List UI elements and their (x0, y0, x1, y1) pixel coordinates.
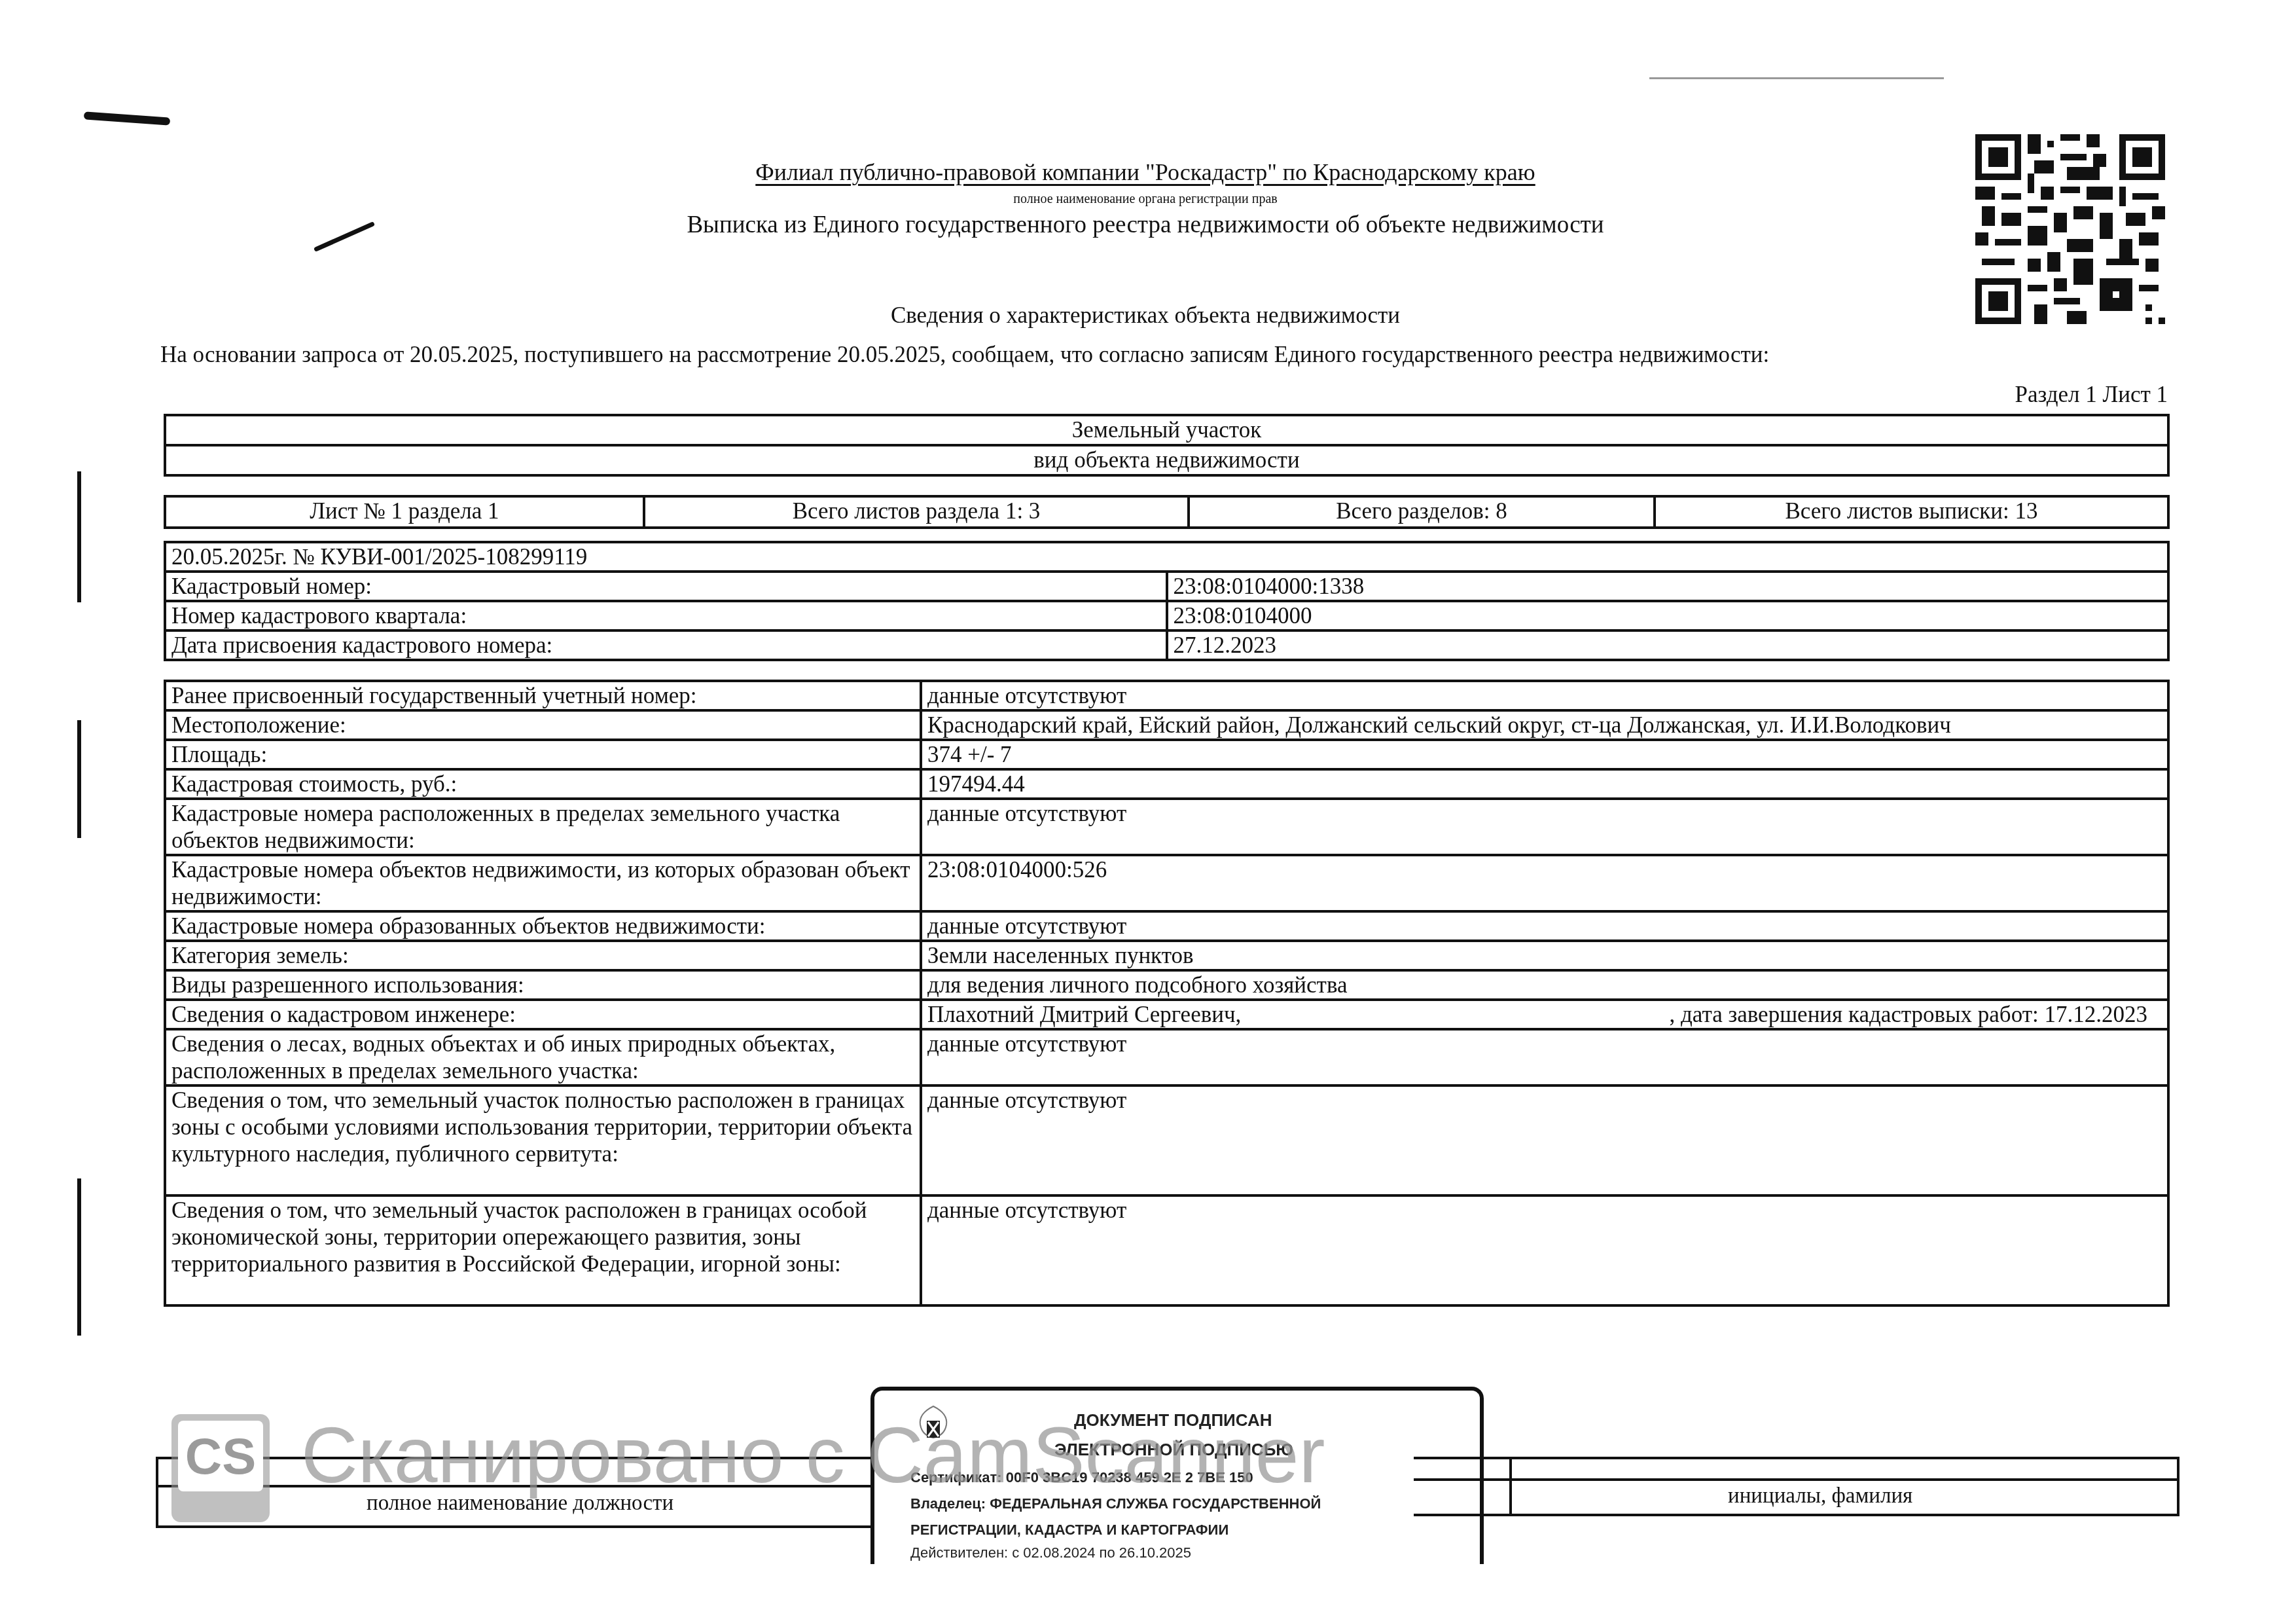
total-sheets: Всего листов выписки: 13 (1655, 496, 2168, 528)
organization-caption: полное наименование органа регистрации п… (589, 192, 1702, 207)
qr-code-icon (1967, 134, 2173, 324)
row-label: Кадастровый номер: (165, 572, 1167, 601)
signature-line (1414, 1478, 2179, 1481)
row-value: 23:08:0104000:526 (921, 855, 2168, 911)
table-row: Сведения о том, что земельный участок по… (165, 1085, 2168, 1195)
engineer-name: Плахотний Дмитрий Сергеевич, (927, 1002, 1241, 1027)
row-label: Категория земель: (165, 941, 921, 970)
cadastral-works-date: , дата завершения кадастровых работ: 17.… (1669, 1001, 2147, 1028)
row-value: 197494.44 (921, 769, 2168, 799)
scan-artifact (314, 221, 375, 252)
table-row: Площадь:374 +/- 7 (165, 740, 2168, 769)
row-label: Виды разрешенного использования: (165, 970, 921, 1000)
intro-text: На основании запроса от 20.05.2025, пост… (160, 342, 1769, 368)
row-value: 374 +/- 7 (921, 740, 2168, 769)
scan-artifact (77, 1178, 81, 1336)
property-table: Ранее присвоенный государственный учетны… (164, 680, 2170, 1307)
section-title: Сведения о характеристиках объекта недви… (655, 302, 1636, 329)
row-value: данные отсутствуют (921, 1029, 2168, 1085)
sheets-in-section: Всего листов раздела 1: 3 (644, 496, 1189, 528)
table-row: Кадастровые номера расположенных в преде… (165, 799, 2168, 855)
row-label: Дата присвоения кадастрового номера: (165, 630, 1167, 660)
scan-artifact (84, 111, 171, 125)
table-row: Номер кадастрового квартала: 23:08:01040… (165, 601, 2168, 630)
signature-border (2177, 1457, 2179, 1516)
organization-name: Филиал публично-правовой компании "Роска… (589, 158, 1702, 186)
row-label: Кадастровые номера образованных объектов… (165, 911, 921, 941)
table-row: Виды разрешенного использования:для веде… (165, 970, 2168, 1000)
table-row: Сведения о том, что земельный участок ра… (165, 1195, 2168, 1305)
table-row: Ранее присвоенный государственный учетны… (165, 681, 2168, 710)
signature-border (156, 1457, 158, 1528)
row-value: данные отсутствуют (921, 1195, 2168, 1305)
table-row: Сведения о кадастровом инженере: Плахотн… (165, 1000, 2168, 1029)
row-label: Кадастровая стоимость, руб.: (165, 769, 921, 799)
row-label: Кадастровые номера объектов недвижимости… (165, 855, 921, 911)
object-type-caption: вид объекта недвижимости (165, 445, 2168, 475)
table-row: Кадастровые номера объектов недвижимости… (165, 855, 2168, 911)
row-label: Площадь: (165, 740, 921, 769)
row-label: Ранее присвоенный государственный учетны… (165, 681, 921, 710)
row-label: Номер кадастрового квартала: (165, 601, 1167, 630)
row-value: Земли населенных пунктов (921, 941, 2168, 970)
object-type: Земельный участок (165, 415, 2168, 445)
row-value: данные отсутствуют (921, 911, 2168, 941)
table-row: Дата присвоения кадастрового номера: 27.… (165, 630, 2168, 660)
page-reference: Раздел 1 Лист 1 (2015, 382, 2168, 408)
row-value: для ведения личного подсобного хозяйства (921, 970, 2168, 1000)
object-type-table: Земельный участок вид объекта недвижимос… (164, 414, 2170, 477)
table-row: Категория земель:Земли населенных пункто… (165, 941, 2168, 970)
row-value: Краснодарский край, Ейский район, Должан… (921, 710, 2168, 740)
row-value: 23:08:0104000 (1167, 601, 2169, 630)
stamp-owner-2: РЕГИСТРАЦИИ, КАДАСТРА И КАРТОГРАФИИ (910, 1522, 1229, 1539)
camscanner-logo-text: CS (178, 1421, 263, 1491)
total-sections: Всего разделов: 8 (1189, 496, 1655, 528)
signature-border (1509, 1457, 1512, 1516)
name-caption: инициалы, фамилия (1728, 1484, 1912, 1508)
stamp-validity: Действителен: с 02.08.2024 по 26.10.2025 (910, 1544, 1191, 1561)
row-value: данные отсутствуют (921, 1085, 2168, 1195)
row-value: Плахотний Дмитрий Сергеевич, , дата заве… (921, 1000, 2168, 1029)
request-number: 20.05.2025г. № КУВИ-001/2025-108299119 (165, 542, 2168, 572)
camscanner-watermark: Сканировано с CamScanner (301, 1413, 1325, 1498)
row-label: Местоположение: (165, 710, 921, 740)
row-label: Сведения о том, что земельный участок ра… (165, 1195, 921, 1305)
signature-line (1414, 1514, 2179, 1516)
scan-artifact (1649, 77, 1944, 79)
row-label: Сведения о том, что земельный участок по… (165, 1085, 921, 1195)
row-value: 23:08:0104000:1338 (1167, 572, 2169, 601)
row-label: Кадастровые номера расположенных в преде… (165, 799, 921, 855)
signature-line (157, 1525, 870, 1528)
row-value: данные отсутствуют (921, 681, 2168, 710)
table-row: Сведения о лесах, водных объектах и об и… (165, 1029, 2168, 1085)
row-label: Сведения о кадастровом инженере: (165, 1000, 921, 1029)
row-value: 27.12.2023 (1167, 630, 2169, 660)
table-row: Кадастровые номера образованных объектов… (165, 911, 2168, 941)
row-label: Сведения о лесах, водных объектах и об и… (165, 1029, 921, 1085)
signature-line (1414, 1457, 2179, 1459)
sheet-info-table: Лист № 1 раздела 1 Всего листов раздела … (164, 495, 2170, 529)
camscanner-logo-icon: CS (171, 1414, 270, 1522)
identity-table: 20.05.2025г. № КУВИ-001/2025-108299119 К… (164, 541, 2170, 661)
document-title: Выписка из Единого государственного реес… (458, 211, 1833, 239)
table-row: Кадастровый номер: 23:08:0104000:1338 (165, 572, 2168, 601)
table-row: Кадастровая стоимость, руб.:197494.44 (165, 769, 2168, 799)
row-value: данные отсутствуют (921, 799, 2168, 855)
scan-artifact (77, 471, 81, 602)
scan-artifact (77, 720, 81, 838)
table-row: Местоположение:Краснодарский край, Ейски… (165, 710, 2168, 740)
sheet-number: Лист № 1 раздела 1 (165, 496, 644, 528)
